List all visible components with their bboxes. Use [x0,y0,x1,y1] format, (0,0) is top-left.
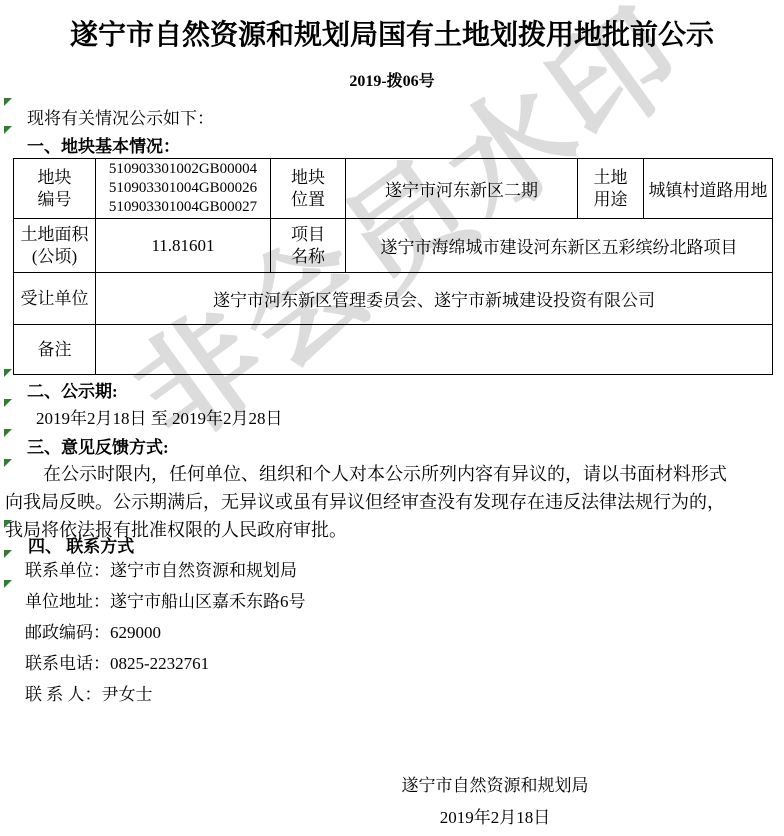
transferee-value-cell: 遂宁市河东新区管理委员会、遂宁市新城建设投资有限公司 [96,273,773,325]
land-use-value-cell: 城镇村道路用地 [644,159,773,219]
remarks-value-cell [96,325,773,375]
project-value-cell: 遂宁市海绵城市建设河东新区五彩缤纷北路项目 [346,219,773,273]
area-label-cell: 土地面积 (公顷) [14,219,96,273]
table-row: 地块 编号 510903301002GB00004 510903301004GB… [14,159,773,219]
edit-marker-icon [4,580,12,588]
publicity-period: 2019年2月18日 至 2019年2月28日 [36,404,283,429]
contact-block: 联系单位：遂宁市自然资源和规划局 单位地址：遂宁市船山区嘉禾东路6号 邮政编码：… [25,561,306,716]
parcel-id-value-cell: 510903301002GB00004 510903301004GB00026 … [96,159,271,219]
announcement-document: 非会员水印 遂宁市自然资源和规划局国有土地划拨用地批前公示 2019-拨06号 … [0,0,784,836]
intro-line: 现将有关情况公示如下： [27,104,214,129]
table-row: 备注 [14,325,773,375]
contact-person: 联 系 人：尹女士 [25,685,306,716]
remarks-label-cell: 备注 [14,325,96,375]
edit-marker-icon [4,459,12,467]
edit-marker-icon [4,98,12,106]
contact-unit: 联系单位：遂宁市自然资源和规划局 [25,561,306,592]
section3-heading: 三、意见反馈方式: [27,433,169,458]
section4-heading: 四、 联系方式 [28,532,134,557]
land-info-table: 地块 编号 510903301002GB00004 510903301004GB… [13,158,773,375]
edit-marker-icon [4,126,12,134]
signature-org: 遂宁市自然资源和规划局 [295,771,695,796]
edit-marker-icon [4,429,12,437]
table-row: 受让单位 遂宁市河东新区管理委员会、遂宁市新城建设投资有限公司 [14,273,773,325]
section2-heading: 二、公示期: [27,377,118,402]
location-value-cell: 遂宁市河东新区二期 [346,159,578,219]
area-value-cell: 11.81601 [96,219,271,273]
edit-marker-icon [4,520,12,528]
doc-number: 2019-拨06号 [0,68,784,91]
signature-date: 2019年2月18日 [295,803,695,828]
project-label-cell: 项目 名称 [271,219,346,273]
table-row: 土地面积 (公顷) 11.81601 项目 名称 遂宁市海绵城市建设河东新区五彩… [14,219,773,273]
contact-address: 单位地址：遂宁市船山区嘉禾东路6号 [25,592,306,623]
edit-marker-icon [4,550,12,558]
location-label-cell: 地块 位置 [271,159,346,219]
edit-marker-icon [4,369,12,377]
contact-postcode: 邮政编码：629000 [25,623,306,654]
transferee-label-cell: 受让单位 [14,273,96,325]
edit-marker-icon [4,399,12,407]
contact-phone: 联系电话：0825-2232761 [25,654,306,685]
section1-heading: 一、地块基本情况： [27,132,180,157]
document-content: 遂宁市自然资源和规划局国有土地划拨用地批前公示 2019-拨06号 现将有关情况… [0,0,784,836]
page-title: 遂宁市自然资源和规划局国有土地划拨用地批前公示 [0,13,784,53]
parcel-id-label-cell: 地块 编号 [14,159,96,219]
land-use-label-cell: 土地 用途 [578,159,644,219]
